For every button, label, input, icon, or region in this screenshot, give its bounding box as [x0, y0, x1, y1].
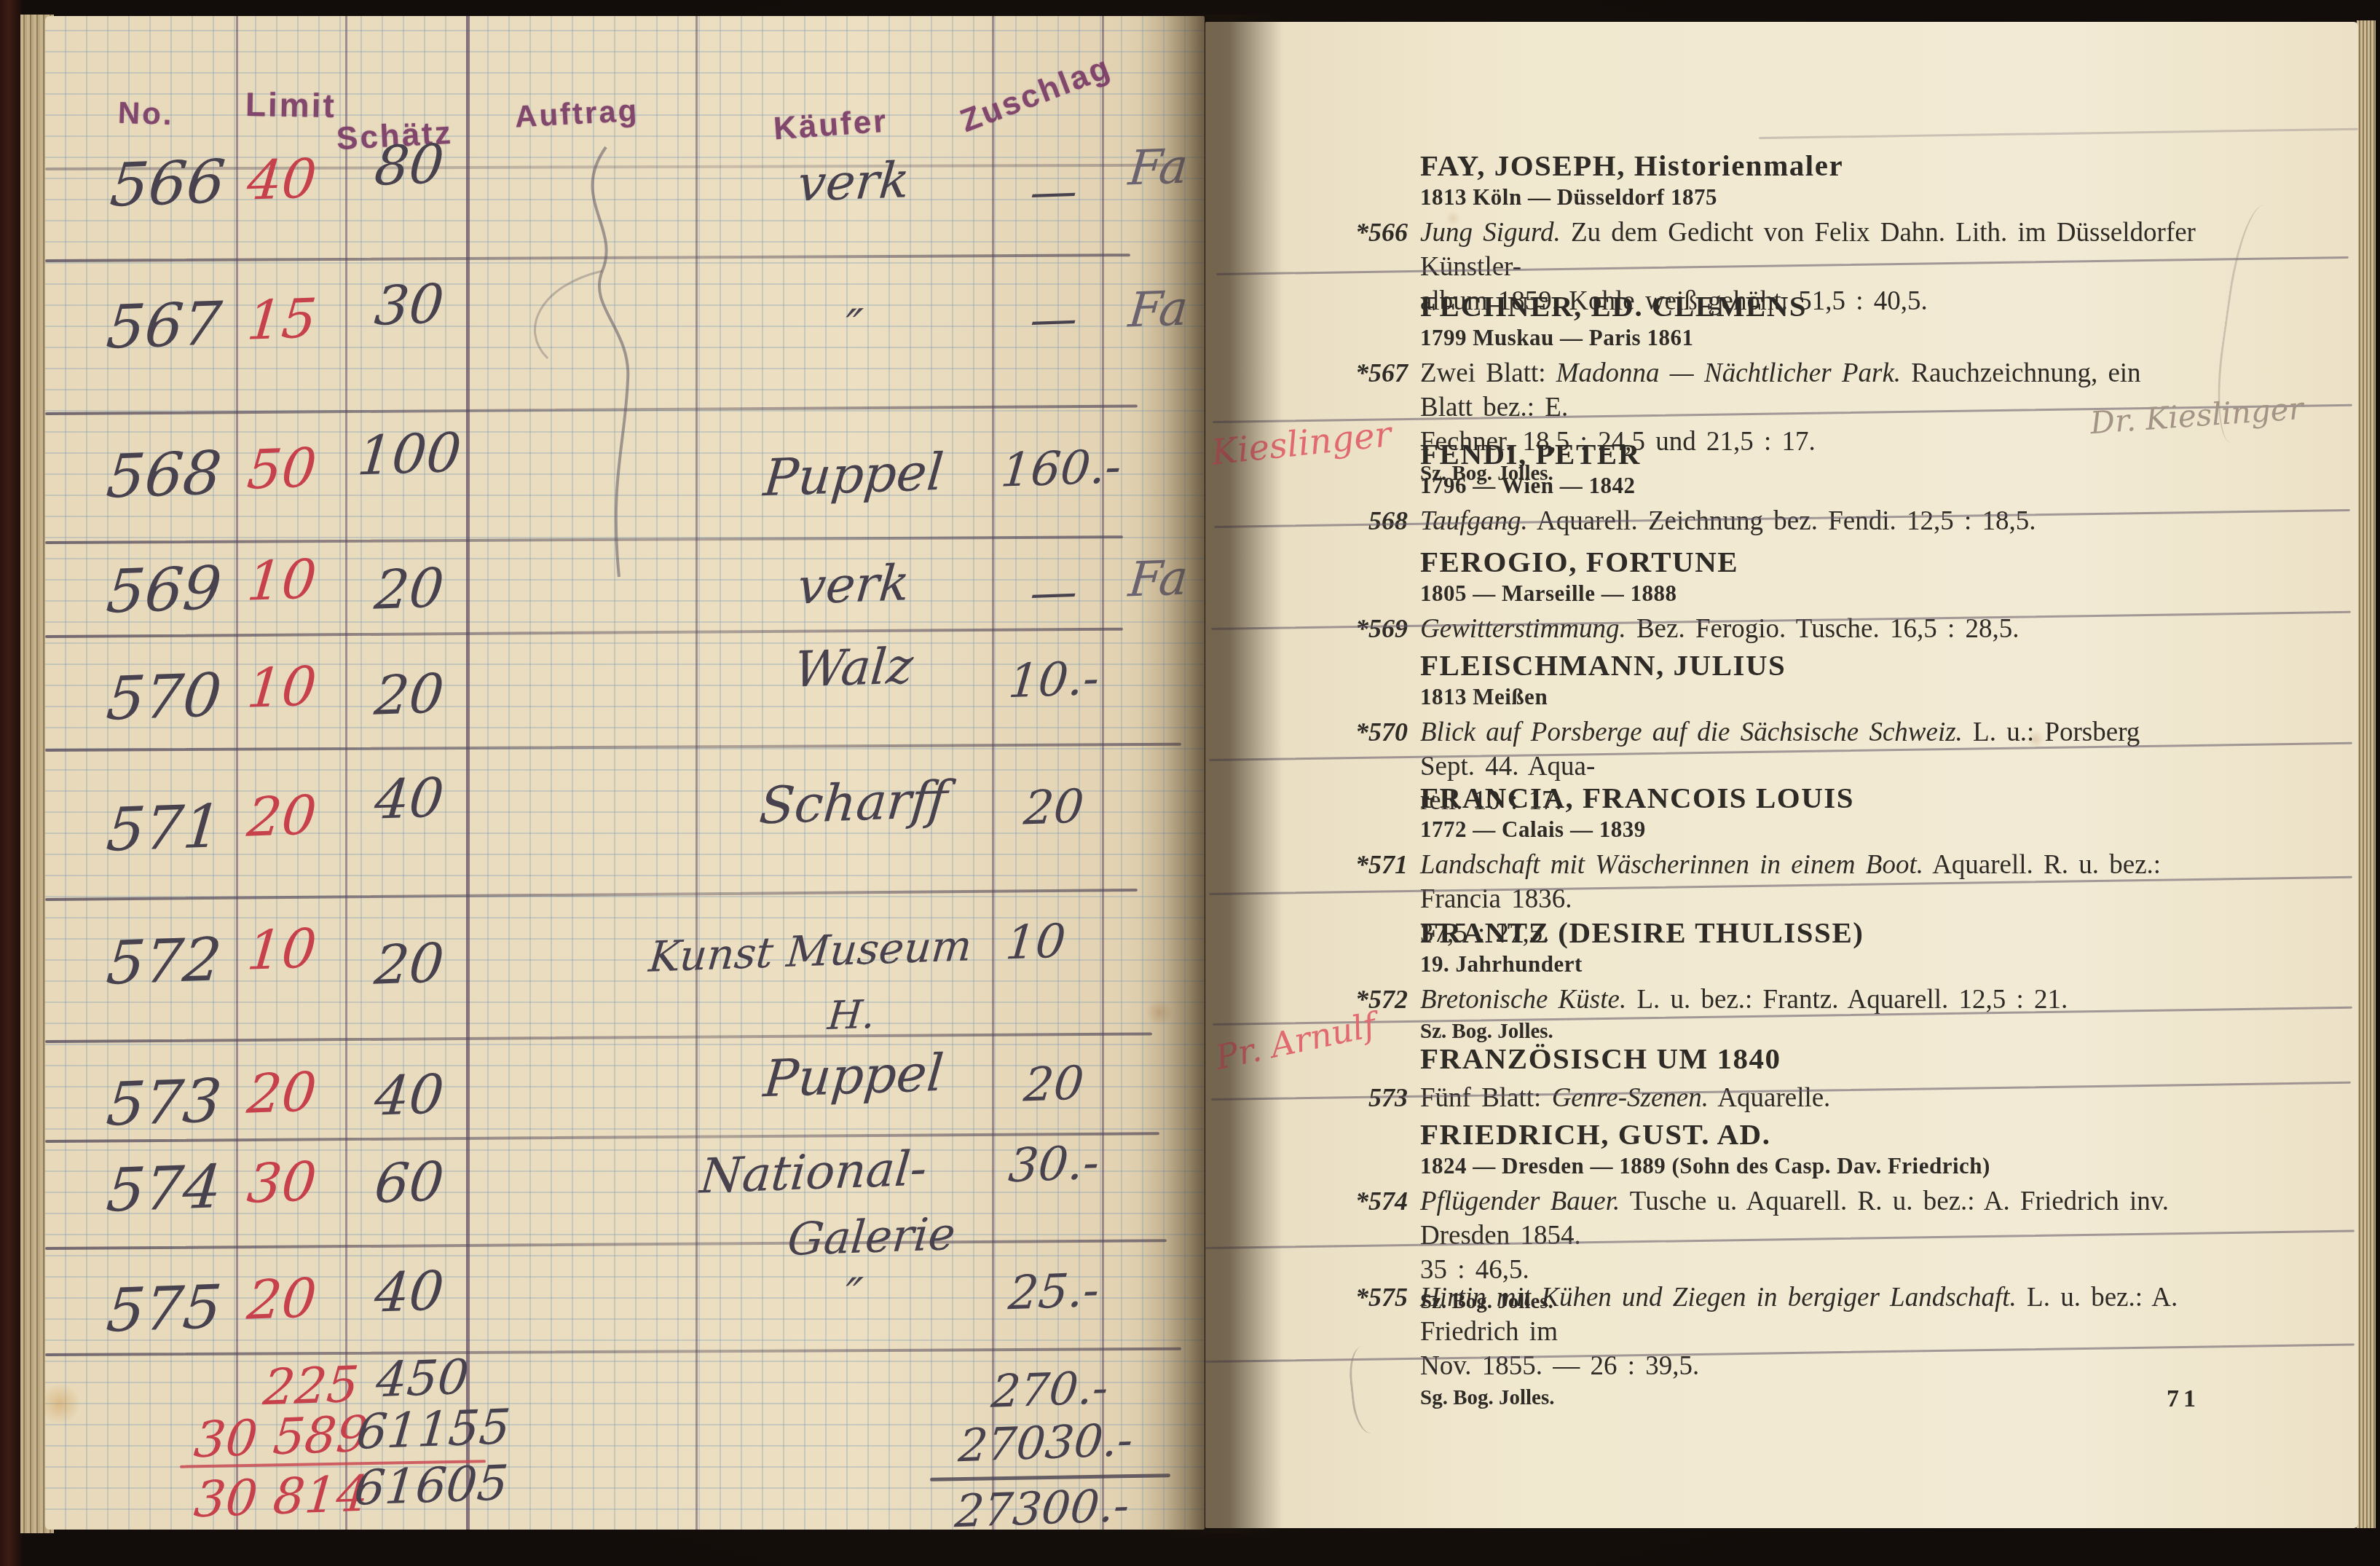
row-separator: [45, 889, 1138, 901]
total-schaetz-sub: 450: [374, 1353, 470, 1404]
lot-description-line2: Nov. 1855. — 26 : 39,5.: [1420, 1349, 2203, 1383]
total-schaetz-add: 61155: [355, 1403, 513, 1456]
artist-dates: 1799 Muskau — Paris 1861: [1420, 324, 2203, 352]
total-limit-add: 30 589: [192, 1410, 371, 1465]
header-auftrag: Auftrag: [514, 93, 640, 135]
artist-dates: 1824 — Dresden — 1889 (Sohn des Casp. Da…: [1420, 1152, 2203, 1180]
cell-schaetz: 100: [348, 425, 470, 484]
cell-limit: 40: [224, 151, 339, 208]
cell-kaeufer-line2: Galerie: [786, 1211, 957, 1262]
lot-lead: Fünf Blatt:: [1420, 1083, 1541, 1113]
lot-number: *571: [1339, 848, 1408, 882]
lot-number: *575: [1339, 1280, 1408, 1315]
cell-zuschlag: 30.-: [997, 1139, 1111, 1189]
cell-kaeufer: ″: [712, 299, 994, 355]
cell-no: 568: [104, 444, 224, 507]
cell-no: 574: [104, 1157, 224, 1221]
lot-title: Genre-Szenen.: [1552, 1083, 1709, 1113]
header-kaeufer: Käufer: [772, 103, 888, 148]
lot-description: L. u. bez.: Frantz. Aquarell. 12,5 : 21.: [1636, 985, 2068, 1015]
artist-name: FENDI, PETER: [1420, 436, 2203, 472]
cell-kaeufer: Scharff: [712, 772, 995, 833]
total-schaetz-sum: 61605: [352, 1459, 511, 1512]
cell-limit: 20: [224, 1064, 339, 1122]
cell-schaetz: 60: [352, 1154, 466, 1211]
row-separator: [45, 1032, 1152, 1043]
artist-dates: 1772 — Calais — 1839: [1420, 816, 2203, 843]
pencil-scribble: [453, 140, 744, 591]
totals-rule-black: [930, 1473, 1170, 1482]
cell-no: 572: [104, 930, 224, 993]
cell-kaeufer: National-: [698, 1145, 929, 1201]
cell-zuschlag: 160.-: [997, 444, 1125, 495]
artist-name: FRIEDRICH, GUST. AD.: [1420, 1116, 2203, 1152]
cell-limit: 20: [224, 787, 339, 845]
book-gutter-shadow: [1165, 15, 1282, 1533]
cell-schaetz: 20: [352, 560, 466, 618]
entry-separator: [1759, 128, 2358, 139]
cell-schaetz: 20: [352, 666, 466, 723]
artist-dates: 1813 Köln — Düsseldorf 1875: [1420, 184, 2203, 211]
cell-kaeufer: Kunst Museum: [647, 924, 974, 977]
cell-kaeufer: Puppel: [712, 1045, 995, 1106]
cell-kaeufer-line2: H.: [827, 995, 877, 1036]
total-zuschlag-sum: 27300.-: [953, 1483, 1131, 1534]
cell-limit: 20: [224, 1270, 339, 1328]
lot-number: *574: [1339, 1184, 1408, 1219]
cell-kaeufer: verk: [712, 153, 994, 212]
cell-schaetz: 80: [352, 136, 466, 194]
lot-credit: Sg. Bog. Jolles.: [1420, 1383, 2203, 1412]
cell-schaetz: 30: [352, 276, 466, 334]
cell-limit: 50: [224, 440, 339, 497]
lot-title: Jung Sigurd.: [1420, 218, 1561, 248]
cell-limit: 15: [224, 291, 339, 348]
cell-schaetz: 40: [352, 1263, 466, 1321]
row-separator: [45, 1239, 1167, 1250]
book-cover-edge: [0, 0, 22, 1566]
row-separator: [45, 1347, 1181, 1356]
cell-kaeufer: ″: [712, 1267, 994, 1323]
lot-title: Gewitterstimmung.: [1420, 614, 1626, 644]
lot-number: *569: [1339, 612, 1408, 646]
cell-limit: 30: [224, 1154, 339, 1211]
lot-description: Aquarelle.: [1717, 1083, 1830, 1113]
total-limit-sum: 30 814: [192, 1470, 371, 1525]
column-rule: [345, 16, 347, 1530]
row-separator: [45, 628, 1123, 638]
catalog-entry-frantz: FRANTZ (DESIRE THULISSE) 19. Jahrhundert…: [1420, 914, 2203, 1046]
lot-title: Madonna — Nächtlicher Park.: [1556, 358, 1901, 388]
page-number: 71: [2167, 1385, 2200, 1413]
cell-kaeufer: Walz: [712, 639, 994, 698]
cell-limit: 10: [224, 551, 339, 609]
catalog-entry-ferogio: FEROGIO, FORTUNE 1805 — Marseille — 1888…: [1420, 543, 2203, 646]
cell-no: 570: [104, 666, 224, 729]
catalog-entry-franzoesisch: FRANZÖSISCH UM 1840 573Fünf Blatt: Genre…: [1420, 1040, 2203, 1115]
cell-zuschlag: —: [997, 567, 1111, 618]
lot-lead: Zwei Blatt:: [1420, 358, 1546, 388]
artist-dates: 1796 — Wien — 1842: [1420, 472, 2203, 500]
cell-no: 567: [104, 294, 224, 358]
catalog-entry-friedrich-575: *575 Hirtin mit Kühen und Ziegen in berg…: [1420, 1276, 2203, 1412]
cell-no: 566: [108, 152, 227, 216]
artist-name: FRANCIA, FRANCOIS LOUIS: [1420, 779, 2203, 816]
ledger-page: No. Limit Schätz Auftrag Käufer Zuschlag…: [45, 16, 1205, 1530]
cell-no: 573: [104, 1071, 224, 1135]
cell-zuschlag: 20: [997, 782, 1111, 833]
artist-name: FAY, JOSEPH, Historienmaler: [1420, 147, 2203, 184]
cell-schaetz: 40: [352, 770, 466, 827]
cell-zuschlag: 10.-: [997, 655, 1111, 705]
cell-schaetz: 40: [352, 1066, 466, 1124]
artist-name: FRANZÖSISCH UM 1840: [1420, 1040, 2203, 1077]
lot-title: Pflügender Bauer.: [1420, 1187, 1620, 1216]
cell-no: 569: [104, 559, 224, 622]
lot-title: Blick auf Porsberge auf die Sächsische S…: [1420, 717, 1963, 747]
artist-name: FRANTZ (DESIRE THULISSE): [1420, 914, 2203, 951]
artist-name: FEROGIO, FORTUNE: [1420, 543, 2203, 580]
total-zuschlag-sub: 270.-: [990, 1365, 1110, 1414]
artist-dates: 1805 — Marseille — 1888: [1420, 580, 2203, 607]
total-limit-sub: 225: [261, 1361, 360, 1413]
lot-number: *566: [1339, 216, 1408, 250]
artist-dates: 1813 Meißen: [1420, 683, 2203, 711]
lot-title: Landschaft mit Wäscherinnen in einem Boo…: [1420, 850, 1923, 880]
header-no: No.: [117, 95, 174, 133]
lot-title: Bretonische Küste.: [1420, 985, 1626, 1015]
cell-zuschlag: 10: [979, 917, 1092, 967]
cell-zuschlag: —: [997, 294, 1111, 345]
cell-limit: 10: [224, 658, 339, 716]
cell-zuschlag: 20: [997, 1059, 1111, 1109]
header-zuschlag: Zuschlag: [955, 49, 1116, 140]
lot-number: 568: [1339, 504, 1408, 538]
cell-schaetz: 20: [352, 935, 466, 993]
catalog-page: FAY, JOSEPH, Historienmaler 1813 Köln — …: [1205, 22, 2358, 1528]
artist-name: FECHNER, ED. CLEMENS: [1420, 288, 2203, 324]
lot-number: *570: [1339, 715, 1408, 749]
cell-kaeufer: verk: [712, 556, 994, 615]
cell-limit: 10: [224, 921, 339, 978]
header-limit: Limit: [245, 84, 337, 125]
right-page-stack-edges: [2357, 20, 2376, 1528]
lot-number: *567: [1339, 356, 1408, 390]
book-spread-scan: No. Limit Schätz Auftrag Käufer Zuschlag…: [0, 0, 2380, 1566]
cell-kaeufer: Puppel: [712, 444, 995, 505]
cell-no: 571: [104, 797, 224, 860]
cell-no: 575: [104, 1278, 224, 1341]
artist-name: FLEISCHMANN, JULIUS: [1420, 647, 2203, 683]
lot-title: Hirtin mit Kühen und Ziegen in bergiger …: [1420, 1283, 2017, 1313]
cell-zuschlag: —: [997, 167, 1111, 217]
row-separator: [45, 743, 1181, 752]
artist-dates: 19. Jahrhundert: [1420, 951, 2203, 978]
total-zuschlag-add: 27030.-: [957, 1417, 1135, 1468]
cell-zuschlag: 25.-: [997, 1267, 1111, 1317]
